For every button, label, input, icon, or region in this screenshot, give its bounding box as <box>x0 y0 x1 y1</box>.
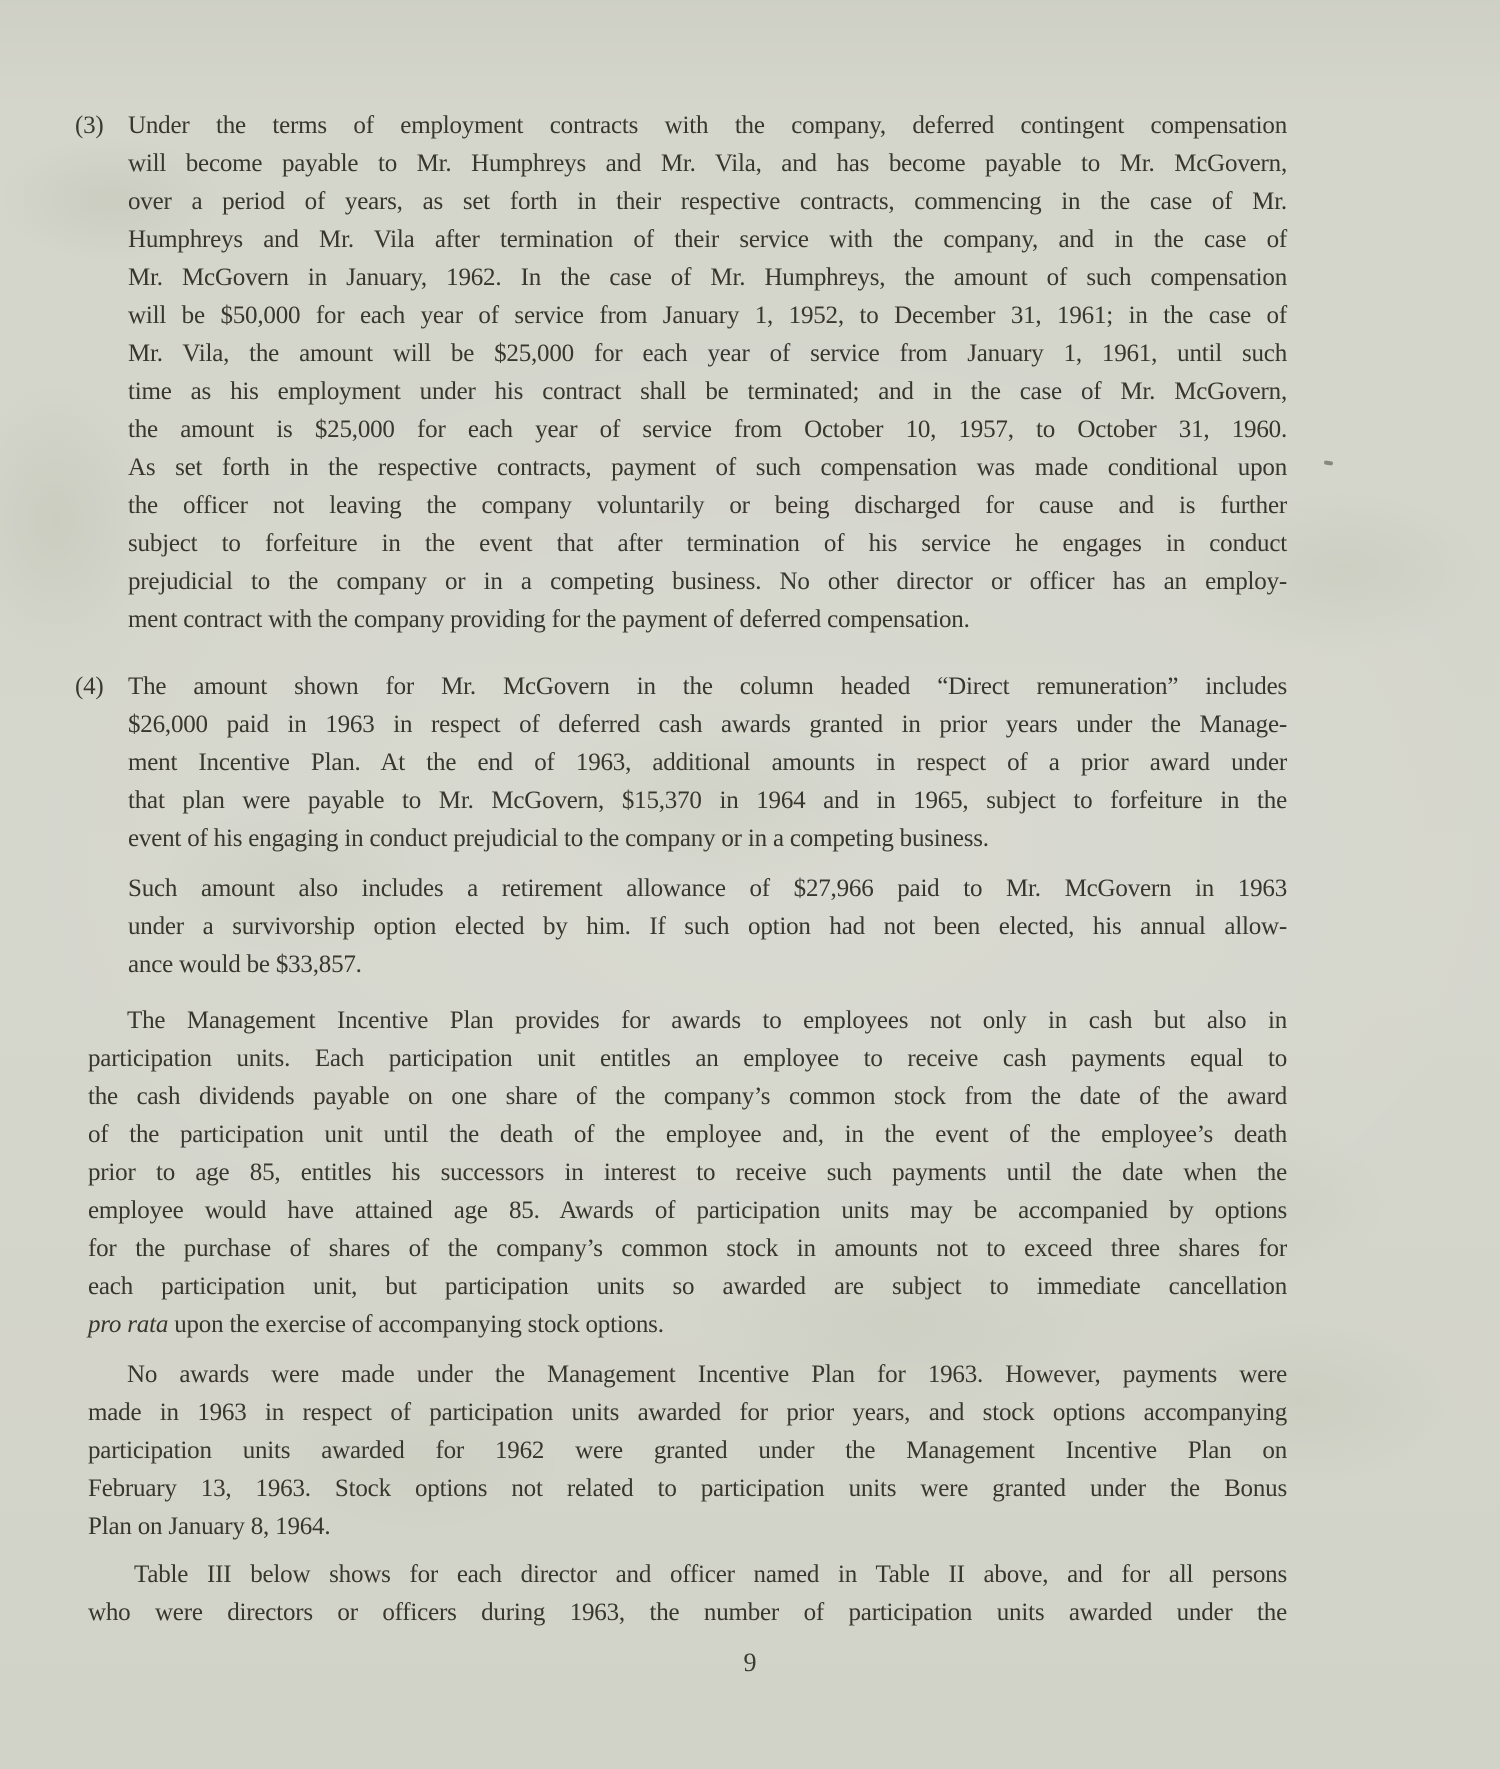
paragraph-table-iii: Table III below shows for each director … <box>88 1556 1287 1632</box>
text-line: $26,000 paid in 1963 in respect of defer… <box>128 706 1287 744</box>
text-line: will become payable to Mr. Humphreys and… <box>128 145 1287 183</box>
paragraph-footnote-4-continued: Such amount also includes a retirement a… <box>88 870 1287 984</box>
text-line: No awards were made under the Management… <box>88 1356 1287 1394</box>
text-line: of the participation unit until the deat… <box>88 1116 1287 1154</box>
text-line: prior to age 85, entitles his successors… <box>88 1154 1287 1192</box>
text-line: subject to forfeiture in the event that … <box>128 525 1287 563</box>
page-number: 9 <box>0 1648 1500 1678</box>
text-line: ment contract with the company providing… <box>128 601 1287 639</box>
text-line: participation units. Each participation … <box>88 1040 1287 1078</box>
footnote-number: (3) <box>75 107 104 145</box>
text-line: that plan were payable to Mr. McGovern, … <box>128 782 1287 820</box>
text-line: time as his employment under his contrac… <box>128 373 1287 411</box>
text-line: each participation unit, but participati… <box>88 1268 1287 1306</box>
text-line: Mr. Vila, the amount will be $25,000 for… <box>128 335 1287 373</box>
text-line: made in 1963 in respect of participation… <box>88 1394 1287 1432</box>
italic-text: pro rata <box>88 1311 168 1338</box>
footnote-number: (4) <box>75 668 104 706</box>
text-line: the cash dividends payable on one share … <box>88 1078 1287 1116</box>
text-line: February 13, 1963. Stock options not rel… <box>88 1470 1287 1508</box>
text-line: the officer not leaving the company volu… <box>128 487 1287 525</box>
text-line: the amount is $25,000 for each year of s… <box>128 411 1287 449</box>
text-line: ment Incentive Plan. At the end of 1963,… <box>128 744 1287 782</box>
text-line: pro rata upon the exercise of accompanyi… <box>88 1306 1287 1344</box>
text-line: participation units awarded for 1962 wer… <box>88 1432 1287 1470</box>
paragraph-footnote-3: (3)Under the terms of employment contrac… <box>88 107 1287 639</box>
text-column: (3)Under the terms of employment contrac… <box>88 107 1287 1667</box>
text-line: Table III below shows for each director … <box>88 1556 1287 1594</box>
text-line: Plan on January 8, 1964. <box>88 1508 1287 1546</box>
text-line: The amount shown for Mr. McGovern in the… <box>128 668 1287 706</box>
text-line: prejudicial to the company or in a compe… <box>128 563 1287 601</box>
text-line: Such amount also includes a retirement a… <box>128 870 1287 908</box>
text-line: over a period of years, as set forth in … <box>128 183 1287 221</box>
text-line: will be $50,000 for each year of service… <box>128 297 1287 335</box>
text-line: ance would be $33,857. <box>128 946 1287 984</box>
text-line: employee would have attained age 85. Awa… <box>88 1192 1287 1230</box>
text-segment: upon the exercise of accompanying stock … <box>168 1311 664 1338</box>
text-line: Under the terms of employment contracts … <box>128 107 1287 145</box>
scan-speck <box>1324 460 1333 465</box>
text-line: event of his engaging in conduct prejudi… <box>128 820 1287 858</box>
text-line: As set forth in the respective contracts… <box>128 449 1287 487</box>
text-line: for the purchase of shares of the compan… <box>88 1230 1287 1268</box>
paragraph-no-awards: No awards were made under the Management… <box>88 1356 1287 1546</box>
paragraph-management-incentive-plan: The Management Incentive Plan provides f… <box>88 1002 1287 1344</box>
text-line: The Management Incentive Plan provides f… <box>88 1002 1287 1040</box>
text-line: Mr. McGovern in January, 1962. In the ca… <box>128 259 1287 297</box>
text-line: who were directors or officers during 19… <box>88 1594 1287 1632</box>
document-page: (3)Under the terms of employment contrac… <box>0 0 1500 1769</box>
text-line: Humphreys and Mr. Vila after termination… <box>128 221 1287 259</box>
text-line: under a survivorship option elected by h… <box>128 908 1287 946</box>
paragraph-footnote-4: (4)The amount shown for Mr. McGovern in … <box>88 668 1287 858</box>
